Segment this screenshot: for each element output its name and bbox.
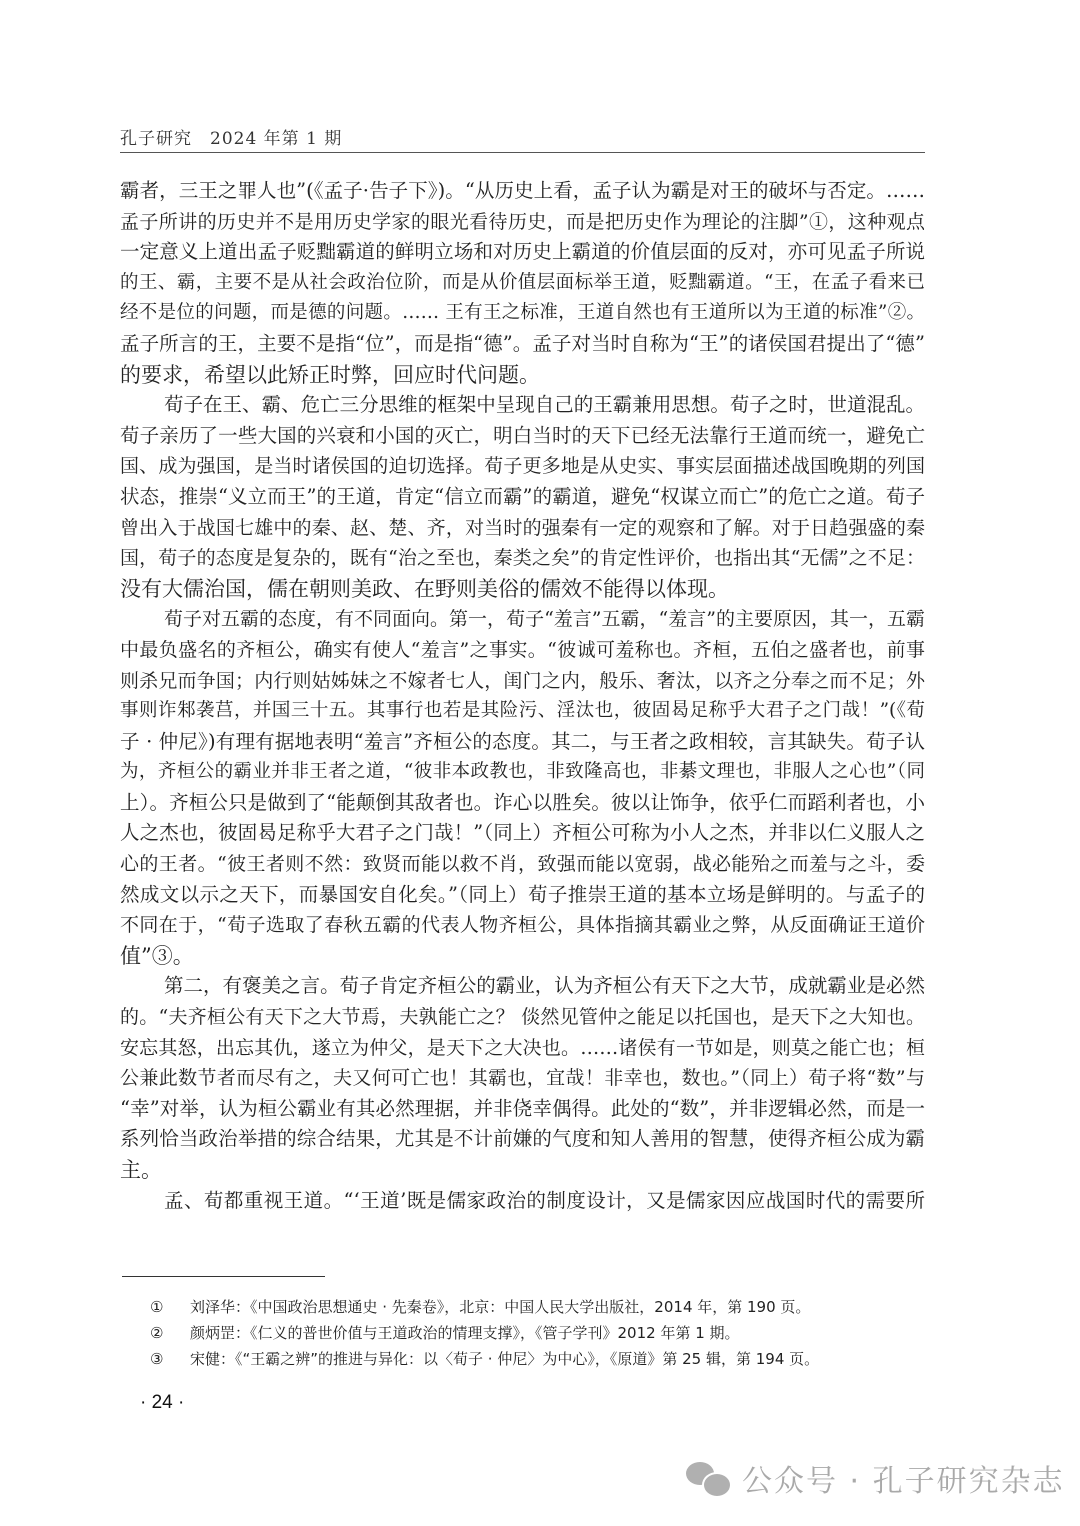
watermark: 公众号 · 孔子研究杂志: [686, 1458, 1065, 1498]
page-number: · 24 ·: [140, 1392, 184, 1414]
text-line: 一定意义上道出孟子贬黜霸道的鲜明立场和对历史上霸道的价值层面的反对，亦可见孟子所…: [120, 237, 925, 268]
footnote-divider: [122, 1276, 325, 1277]
text-line: 荀子亲历了一些大国的兴衰和小国的灭亡，明白当时的天下已经无法靠行王道而统一，避免…: [120, 421, 925, 452]
text-line: 的要求，希望以此矫正时弊，回应时代问题。: [120, 360, 925, 391]
body-text: 霸者，三王之罪人也”(《孟子·告子下》)。“从历史上看，孟子认为霸是对王的破坏与…: [120, 176, 925, 1216]
text-line: 国，荀子的态度是复杂的，既有“治之至也，秦类之矣”的肯定性评价，也指出其“无儒”…: [120, 543, 925, 574]
text-line: 人之杰也，彼固曷足称乎大君子之门哉！”（同上）齐桓公可称为小人之杰，并非以仁义服…: [120, 818, 925, 849]
text-line: 的王、霸，主要不是从社会政治位阶，而是从价值层面标举王道，贬黜霸道。“王，在孟子…: [120, 268, 925, 299]
text-line: 荀子对五霸的态度，有不同面向。第一，荀子“羞言”五霸，“羞言”的主要原因，其一，…: [120, 604, 925, 635]
text-line: 系列恰当政治举措的综合结果，尤其是不计前嫌的气度和知人善用的智慧，使得齐桓公成为…: [120, 1124, 925, 1155]
text-line: 心的王者。“彼王者则不然：致贤而能以救不肖，致强而能以宽弱，战必能殆之而羞与之斗…: [120, 849, 925, 880]
footnote-marker: ①: [150, 1294, 190, 1320]
journal-name: 孔子研究: [120, 129, 192, 149]
footnote-text: 宋健：《“王霸之辨”的推进与异化：以〈荀子 · 仲尼〉为中心》，《原道》第 25…: [190, 1350, 819, 1368]
footnote-3: ③宋健：《“王霸之辨”的推进与异化：以〈荀子 · 仲尼〉为中心》，《原道》第 2…: [150, 1346, 930, 1372]
text-line: 霸者，三王之罪人也”(《孟子·告子下》)。“从历史上看，孟子认为霸是对王的破坏与…: [120, 176, 925, 207]
text-line: “幸”对举，认为桓公霸业有其必然理据，并非侥幸偶得。此处的“数”，并非逻辑必然，…: [120, 1094, 925, 1125]
footnote-text: 刘泽华：《中国政治思想通史 · 先秦卷》，北京：中国人民大学出版社，2014 年…: [190, 1298, 810, 1316]
footnote-text: 颜炳罡：《仁义的普世价值与王道政治的情理支撑》，《管子学刊》2012 年第 1 …: [190, 1324, 740, 1342]
text-line: 荀子在王、霸、危亡三分思维的框架中呈现自己的王霸兼用思想。荀子之时，世道混乱。: [120, 390, 925, 421]
text-line: 中最负盛名的齐桓公，确实有使人“羞言”之事实。“彼诚可羞称也。齐桓，五伯之盛者也…: [120, 635, 925, 666]
text-line: 孟、荀都重视王道。“‘王道’既是儒家政治的制度设计，又是儒家因应战国时代的需要所: [120, 1186, 925, 1217]
text-line: 国、成为强国，是当时诸侯国的迫切选择。荀子更多地是从史实、事实层面描述战国晚期的…: [120, 451, 925, 482]
text-line: 子 · 仲尼》)有理有据地表明“羞言”齐桓公的态度。其二，与王者之政相较，言其缺…: [120, 727, 925, 758]
issue-label: 2024 年第 1 期: [210, 129, 342, 149]
footnote-marker: ③: [150, 1346, 190, 1372]
text-line: 孟子所讲的历史并不是用历史学家的眼光看待历史，而是把历史作为理论的注脚”①，这种…: [120, 207, 925, 238]
footnotes: ①刘泽华：《中国政治思想通史 · 先秦卷》，北京：中国人民大学出版社，2014 …: [150, 1294, 930, 1372]
text-line: 不同在于，“荀子选取了春秋五霸的代表人物齐桓公，具体指摘其霸业之弊，从反面确证王…: [120, 910, 925, 941]
text-line: 经不是位的问题，而是德的问题。…… 王有王之标准，王道自然也有王道所以为王道的标…: [120, 298, 925, 329]
footnote-1: ①刘泽华：《中国政治思想通史 · 先秦卷》，北京：中国人民大学出版社，2014 …: [150, 1294, 930, 1320]
text-line: 主。: [120, 1155, 925, 1186]
text-line: 事则诈邾袭莒，并国三十五。其事行也若是其险污、淫汰也，彼固曷足称乎大君子之门哉！…: [120, 696, 925, 727]
text-line: 然成文以示之天下，而暴国安自化矣。”（同上）荀子推崇王道的基本立场是鲜明的。与孟…: [120, 880, 925, 911]
text-line: 没有大儒治国，儒在朝则美政、在野则美俗的儒效不能得以体现。: [120, 574, 925, 605]
wechat-icon: [686, 1460, 730, 1496]
text-line: 安忘其怒，出忘其仇，遂立为仲父，是天下之大决也。……诸侯有一节如是，则莫之能亡也…: [120, 1033, 925, 1064]
text-line: 则杀兄而争国；内行则姑姊妹之不嫁者七人，闺门之内，般乐、奢汰，以齐之分奉之而不足…: [120, 666, 925, 697]
text-line: 值”③。: [120, 941, 925, 972]
footnote-marker: ②: [150, 1320, 190, 1346]
watermark-text: 公众号 · 孔子研究杂志: [742, 1456, 1065, 1500]
running-header: 孔子研究2024 年第 1 期: [120, 124, 925, 153]
footnote-2: ②颜炳罡：《仁义的普世价值与王道政治的情理支撑》，《管子学刊》2012 年第 1…: [150, 1320, 930, 1346]
text-line: 为，齐桓公的霸业并非王者之道，“彼非本政教也，非致隆高也，非綦文理也，非服人之心…: [120, 757, 925, 788]
text-line: 的。“夫齐桓公有天下之大节焉，夫孰能亡之？ 倓然见管仲之能足以托国也，是天下之大…: [120, 1002, 925, 1033]
text-line: 公兼此数节者而尽有之，夫又何可亡也！其霸也，宜哉！非幸也，数也。”（同上）荀子将…: [120, 1063, 925, 1094]
text-line: 第二，有褒美之言。荀子肯定齐桓公的霸业，认为齐桓公有天下之大节，成就霸业是必然: [120, 971, 925, 1002]
text-line: 状态，推崇“义立而王”的王道，肯定“信立而霸”的霸道，避免“权谋立而亡”的危亡之…: [120, 482, 925, 513]
text-line: 曾出入于战国七雄中的秦、赵、楚、齐，对当时的强秦有一定的观察和了解。对于日趋强盛…: [120, 513, 925, 544]
text-line: 孟子所言的王，主要不是指“位”，而是指“德”。孟子对当时自称为“王”的诸侯国君提…: [120, 329, 925, 360]
text-line: 上）。齐桓公只是做到了“能颠倒其敌者也。诈心以胜矣。彼以让饰争，依乎仁而蹈利者也…: [120, 788, 925, 819]
